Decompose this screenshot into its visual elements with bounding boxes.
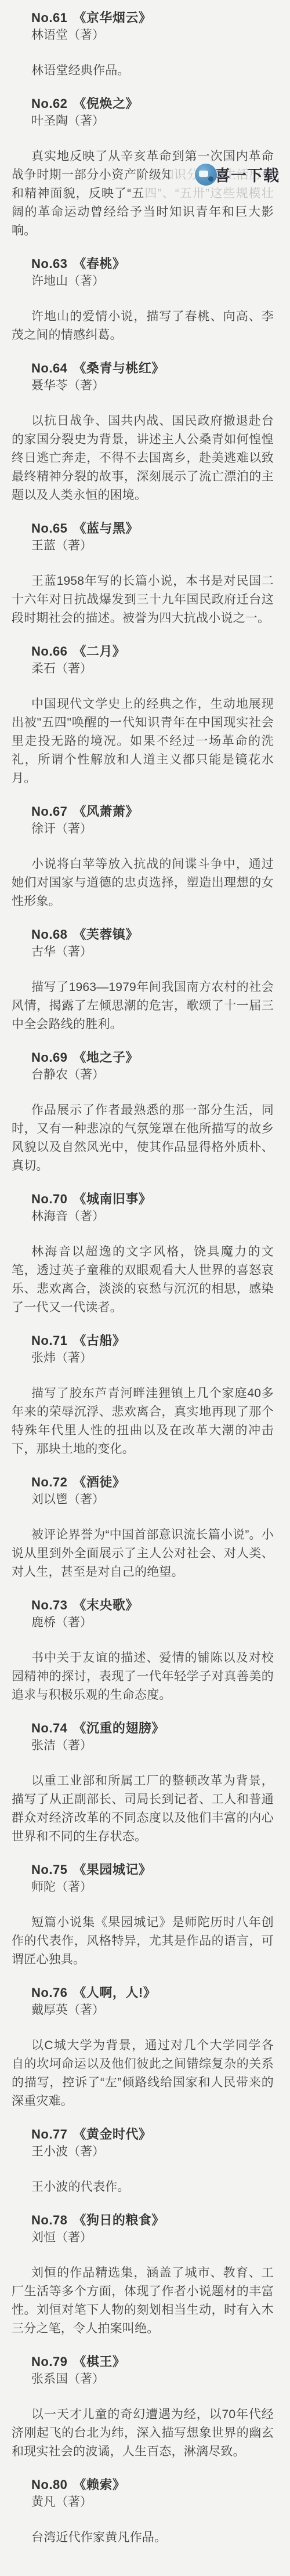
book-description: 被评论界誉为“中国首部意识流长篇小说”。小说从里到外全面展示了主人公对社会、对人… — [12, 1526, 274, 1582]
book-number: No.80 — [31, 2477, 67, 2492]
book-entry-heading: No.76《人啊，人!》 — [31, 1984, 274, 2002]
book-title: 《倪焕之》 — [73, 96, 139, 111]
book-description: 真实地反映了从辛亥革命到第一次国内革命战争时期一部分小资产阶级知识分子的生活历程… — [12, 147, 274, 240]
book-number: No.62 — [31, 96, 67, 111]
book-description: 小说将白苹等放入抗战的间谍斗争中，通过她们对国家与道德的忠贞选择，塑造出理想的女… — [12, 855, 274, 911]
book-entry-heading: No.70《城南旧事》 — [31, 1191, 274, 1208]
book-entry: No.64《桑青与桃红》 聂华苓（著） 以抗日战争、国共内战、国民政府撤退赴台的… — [12, 360, 274, 505]
book-description: 以C城大学为背景，通过对几个大学同学各自的坎坷命运以及他们彼此之间错综复杂的关系… — [12, 2036, 274, 2111]
book-author: 许地山（著） — [31, 273, 274, 290]
book-entry: No.77《黄金时代》 王小波（著） 王小波的代表作。 — [12, 2126, 274, 2197]
book-author: 徐讦（著） — [31, 820, 274, 838]
book-author: 戴厚英（著） — [31, 2002, 274, 2019]
book-title: 《地之子》 — [73, 1050, 139, 1065]
book-entry: No.67《风萧萧》 徐讦（著） 小说将白苹等放入抗战的间谍斗争中，通过她们对国… — [12, 803, 274, 911]
book-entry: No.76《人啊，人!》 戴厚英（著） 以C城大学为背景，通过对几个大学同学各自… — [12, 1984, 274, 2111]
book-description: 作品展示了作者最熟悉的那一部分生活，同时，又有一种悲凉的气氛笼罩在他所描写的故乡… — [12, 1101, 274, 1175]
book-number: No.79 — [31, 2354, 67, 2369]
book-description: 以重工业部和所属工厂的整顿改革为背景，描写了从正副部长、司局长到记者、工人和普通… — [12, 1772, 274, 1846]
book-entry: No.66《二月》 柔石（著） 中国现代文学史上的经典之作，生动地展现出被"五四… — [12, 643, 274, 788]
book-description: 以一天才儿童的奇幻遭遇为经，以70年代经济刚起飞的台北为纬，深入描写想象世界的幽… — [12, 2405, 274, 2461]
book-author: 王蓝（著） — [31, 537, 274, 555]
book-description: 以抗日战争、国共内战、国民政府撤退赴台的家国分裂史为背景，讲述主人公桑青如何惶惶… — [12, 412, 274, 505]
book-entry-heading: No.68《芙蓉镇》 — [31, 926, 274, 943]
book-number: No.67 — [31, 804, 67, 819]
book-number: No.64 — [31, 361, 67, 375]
book-number: No.65 — [31, 521, 67, 536]
book-entry: No.75《果园城记》 师陀（著） 短篇小说集《果园城记》是师陀历时八年创作的代… — [12, 1861, 274, 1969]
book-author: 林海音（著） — [31, 1208, 274, 1225]
book-title: 《果园城记》 — [73, 1862, 151, 1877]
book-entry-heading: No.78《狗日的粮食》 — [31, 2212, 274, 2229]
book-entry: No.74《沉重的翅膀》 张洁（著） 以重工业部和所属工厂的整顿改革为背景，描写… — [12, 1720, 274, 1846]
book-number: No.73 — [31, 1598, 67, 1612]
book-number: No.74 — [31, 1721, 67, 1735]
book-author: 王小波（著） — [31, 2143, 274, 2161]
book-title: 《末央歌》 — [73, 1598, 139, 1612]
book-entry: No.79《棋王》 张系国（著） 以一天才儿童的奇幻遭遇为经，以70年代经济刚起… — [12, 2353, 274, 2461]
book-title: 《人啊，人!》 — [73, 1985, 156, 2000]
book-author: 古华（著） — [31, 943, 274, 961]
book-author: 黄凡（著） — [31, 2494, 274, 2511]
book-title: 《桑青与桃红》 — [73, 361, 165, 375]
book-number: No.71 — [31, 1333, 67, 1348]
book-description: 描写了1963—1979年间我国南方农村的社会风情，揭露了左倾思潮的危害，歌颂了… — [12, 978, 274, 1034]
book-number: No.68 — [31, 927, 67, 942]
book-entries-container: No.61《京华烟云》 林语堂（著） 林语堂经典作品。 No.62《倪焕之》 叶… — [12, 9, 274, 2547]
book-author: 张炜（著） — [31, 1349, 274, 1367]
book-number: No.70 — [31, 1192, 67, 1206]
book-description: 许地山的爱情小说，描写了春桃、向高、李茂之间的情感纠葛。 — [12, 307, 274, 345]
book-entry: No.65《蓝与黑》 王蓝（著） 王蓝1958年写的长篇小说，本书是对民国二十六… — [12, 520, 274, 628]
book-list-document: No.61《京华烟云》 林语堂（著） 林语堂经典作品。 No.62《倪焕之》 叶… — [0, 0, 290, 2576]
book-author: 聂华苓（著） — [31, 377, 274, 395]
book-author: 叶圣陶（著） — [31, 113, 274, 130]
book-entry-heading: No.63《春桃》 — [31, 255, 274, 273]
book-number: No.63 — [31, 256, 67, 271]
book-number: No.61 — [31, 10, 67, 25]
book-author: 林语堂（著） — [31, 27, 274, 44]
book-description: 王小波的代表作。 — [12, 2178, 274, 2197]
book-number: No.78 — [31, 2213, 67, 2227]
book-title: 《沉重的翅膀》 — [73, 1721, 165, 1735]
book-number: No.72 — [31, 1475, 67, 1489]
book-entry-heading: No.69《地之子》 — [31, 1049, 274, 1066]
book-author: 张系国（著） — [31, 2371, 274, 2388]
book-entry-heading: No.79《棋王》 — [31, 2353, 274, 2371]
book-entry: No.70《城南旧事》 林海音（著） 林海音以超逸的文字风格，饶具魔力的文笔，透… — [12, 1191, 274, 1317]
book-entry-heading: No.71《古船》 — [31, 1332, 274, 1349]
book-author: 刘恒（著） — [31, 2229, 274, 2246]
book-title: 《棋王》 — [73, 2354, 125, 2369]
book-description: 书中关于友谊的描述、爱情的铺陈以及对校园精神的探讨，表现了一代年轻学子对真善美的… — [12, 1649, 274, 1705]
book-entry: No.63《春桃》 许地山（著） 许地山的爱情小说，描写了春桃、向高、李茂之间的… — [12, 255, 274, 345]
book-entry-heading: No.62《倪焕之》 — [31, 95, 274, 113]
book-entry: No.80《赖索》 黄凡（著） 台湾近代作家黄凡作品。 — [12, 2476, 274, 2547]
book-entry: No.73《末央歌》 鹿桥（著） 书中关于友谊的描述、爱情的铺陈以及对校园精神的… — [12, 1597, 274, 1705]
book-description: 刘恒的作品精选集，涵盖了城市、教育、工厂生活等多个方面，体现了作者小说题材的丰富… — [12, 2264, 274, 2338]
book-author: 鹿桥（著） — [31, 1614, 274, 1631]
book-title: 《风萧萧》 — [73, 804, 139, 819]
book-author: 台静农（著） — [31, 1066, 274, 1084]
book-author: 张洁（著） — [31, 1737, 274, 1754]
book-title: 《二月》 — [73, 644, 125, 659]
book-title: 《春桃》 — [73, 256, 125, 271]
book-title: 《京华烟云》 — [73, 10, 151, 25]
book-title: 《黄金时代》 — [73, 2127, 151, 2141]
book-title: 《芙蓉镇》 — [73, 927, 139, 942]
book-number: No.66 — [31, 644, 67, 659]
book-entry-heading: No.73《末央歌》 — [31, 1597, 274, 1614]
book-author: 师陀（著） — [31, 1879, 274, 1896]
book-entry: No.72《酒徒》 刘以鬯（著） 被评论界誉为“中国首部意识流长篇小说”。小说从… — [12, 1474, 274, 1582]
book-entry-heading: No.80《赖索》 — [31, 2476, 274, 2494]
book-author: 刘以鬯（著） — [31, 1491, 274, 1508]
book-author: 柔石（著） — [31, 660, 274, 678]
book-entry-heading: No.64《桑青与桃红》 — [31, 360, 274, 377]
book-entry: No.71《古船》 张炜（著） 描写了胶东芦青河畔洼狸镇上几个家庭40多年来的荣… — [12, 1332, 274, 1459]
book-description: 王蓝1958年写的长篇小说，本书是对民国二十六年对日抗战爆发到三十九年国民政府迁… — [12, 572, 274, 628]
book-entry: No.62《倪焕之》 叶圣陶（著） 真实地反映了从辛亥革命到第一次国内革命战争时… — [12, 95, 274, 240]
book-title: 《城南旧事》 — [73, 1192, 151, 1206]
book-entry: No.69《地之子》 台静农（著） 作品展示了作者最熟悉的那一部分生活，同时，又… — [12, 1049, 274, 1175]
book-entry-heading: No.77《黄金时代》 — [31, 2126, 274, 2143]
book-entry-heading: No.75《果园城记》 — [31, 1861, 274, 1879]
book-title: 《蓝与黑》 — [73, 521, 139, 536]
book-description: 台湾近代作家黄凡作品。 — [12, 2528, 274, 2547]
book-description: 中国现代文学史上的经典之作，生动地展现出被"五四"唤醒的一代知识青年在中国现实社… — [12, 695, 274, 788]
book-title: 《古船》 — [73, 1333, 125, 1348]
book-description: 短篇小说集《果园城记》是师陀历时八年创作的代表作，风格特异，尤其是作品的语言，可… — [12, 1913, 274, 1969]
book-entry-heading: No.61《京华烟云》 — [31, 9, 274, 27]
book-entry-heading: No.65《蓝与黑》 — [31, 520, 274, 537]
book-description: 描写了胶东芦青河畔洼狸镇上几个家庭40多年来的荣辱沉浮、悲欢离合，真实地再现了那… — [12, 1384, 274, 1459]
book-number: No.69 — [31, 1050, 67, 1065]
book-entry: No.78《狗日的粮食》 刘恒（著） 刘恒的作品精选集，涵盖了城市、教育、工厂生… — [12, 2212, 274, 2338]
book-entry-heading: No.72《酒徒》 — [31, 1474, 274, 1491]
book-number: No.77 — [31, 2127, 67, 2141]
book-description: 林语堂经典作品。 — [12, 61, 274, 80]
book-number: No.76 — [31, 1985, 67, 2000]
book-title: 《赖索》 — [73, 2477, 125, 2492]
book-entry: No.68《芙蓉镇》 古华（著） 描写了1963—1979年间我国南方农村的社会… — [12, 926, 274, 1034]
book-title: 《狗日的粮食》 — [73, 2213, 165, 2227]
book-number: No.75 — [31, 1862, 67, 1877]
book-entry-heading: No.67《风萧萧》 — [31, 803, 274, 820]
book-description: 林海音以超逸的文字风格，饶具魔力的文笔，透过英子童稚的双眼观看大人世界的喜怒哀乐… — [12, 1243, 274, 1317]
book-entry: No.61《京华烟云》 林语堂（著） 林语堂经典作品。 — [12, 9, 274, 80]
book-title: 《酒徒》 — [73, 1475, 125, 1489]
book-entry-heading: No.66《二月》 — [31, 643, 274, 660]
book-entry-heading: No.74《沉重的翅膀》 — [31, 1720, 274, 1737]
